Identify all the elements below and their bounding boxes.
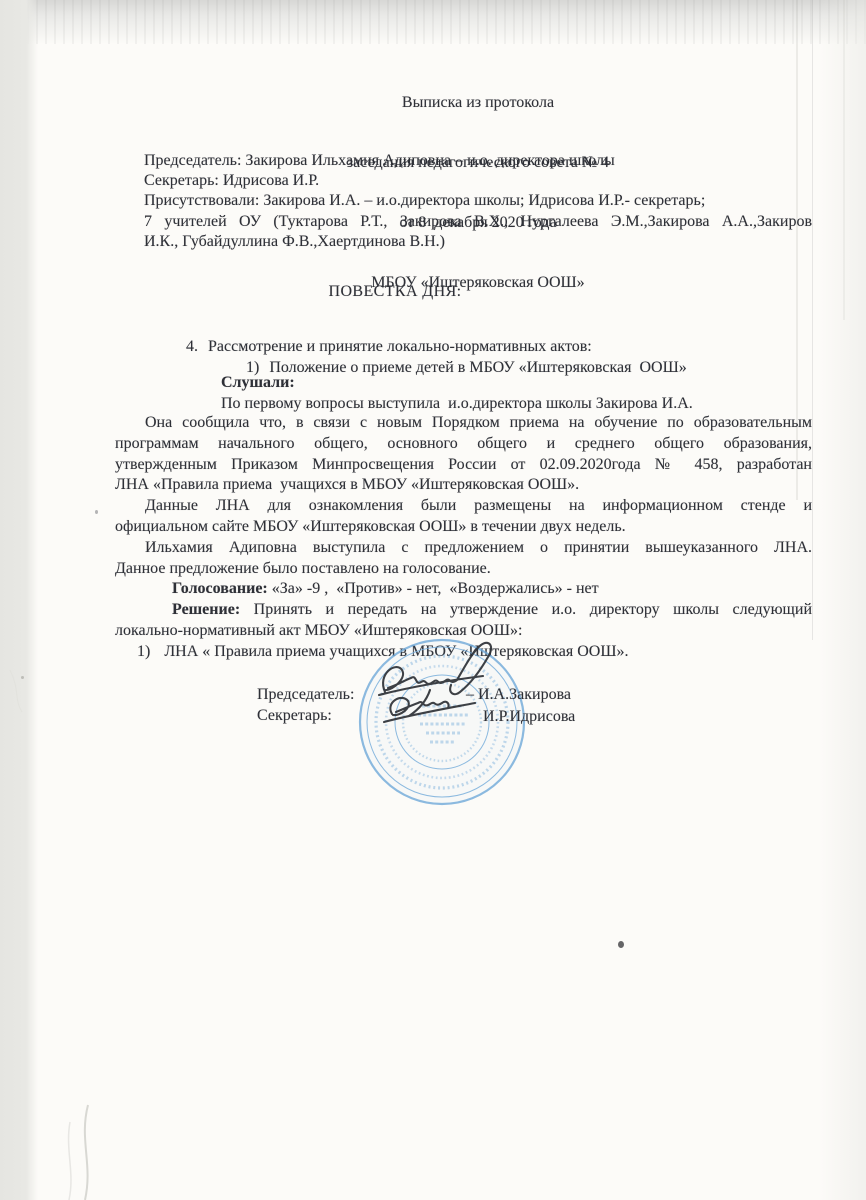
paragraph-line: утвержденным Приказом Минпросвещения Рос…: [115, 455, 812, 476]
paragraph-line: Она сообщила что, в связи с новым Порядк…: [115, 413, 812, 434]
body-text: Она сообщила что, в связи с новым Порядк…: [115, 413, 812, 663]
attendees-teachers-line: 7 учителей ОУ (Туктарова Р.Т., Закирова …: [144, 212, 812, 232]
paragraph-line: Ильхамия Адиповна выступила с предложени…: [115, 538, 812, 559]
voting-result: «За» -9 , «Против» - нет, «Воздержались»…: [272, 580, 599, 597]
agenda-item-number: 4.: [186, 338, 198, 355]
secretary-signature-label: Секретарь:: [257, 706, 332, 726]
chairman-line: Председатель: Закирова Ильхамия Адиповна…: [144, 151, 812, 171]
paragraph-line: ЛНА «Правила приема учащихся в МБОУ «Ишт…: [115, 475, 812, 496]
agenda-heading: ПОВЕСТКА ДНЯ:: [115, 282, 675, 302]
voting-label: Голосование:: [172, 580, 268, 597]
agenda-subitem-text: Положение о приеме детей в МБОУ «Иштеряк…: [269, 359, 686, 376]
secretary-name: И.Р.Идрисова: [483, 707, 575, 727]
attendees-teachers-line: И.К., Губайдуллина Ф.В.,Хаертдинова В.Н.…: [144, 232, 812, 252]
chairman-signature-label: Председатель:: [257, 685, 354, 705]
paragraph-line: программам начального общего, основного …: [115, 434, 812, 455]
agenda-subitem: 1)Положение о приеме детей в МБОУ «Иштер…: [230, 338, 687, 398]
decision-line: Решение: Принять и передать на утвержден…: [115, 600, 812, 621]
voting-line: Голосование: «За» -9 , «Против» - нет, «…: [115, 579, 812, 600]
secretary-line: Секретарь: Идрисова И.Р.: [144, 171, 812, 191]
title-line: Выписка из протокола: [158, 93, 798, 113]
paragraph-line: Данное предложение было поставлено на го…: [115, 559, 812, 580]
heard-label: Слушали:: [221, 373, 295, 393]
stamp-and-signatures: [330, 630, 620, 815]
attendees-line: Присутствовали: Закирова И.А. – и.о.дире…: [144, 191, 812, 211]
decision-item-number: 1): [137, 643, 150, 660]
chairman-name: – И.А.Закирова: [466, 685, 571, 705]
participants-block: Председатель: Закирова Ильхамия Адиповна…: [144, 151, 812, 252]
paragraph-line: официальном сайте МБОУ «Иштеряковская ОО…: [115, 517, 812, 538]
paragraph-line: Данные ЛНА для ознакомления были размеще…: [115, 496, 812, 517]
decision-label: Решение:: [172, 601, 240, 618]
decision-text: Принять и передать на утверждение и.о. д…: [254, 601, 812, 618]
heard-line: По первому вопросы выступила и.о.директо…: [221, 394, 693, 414]
scanned-document-page: Выписка из протокола заседания педагогич…: [0, 0, 866, 1200]
